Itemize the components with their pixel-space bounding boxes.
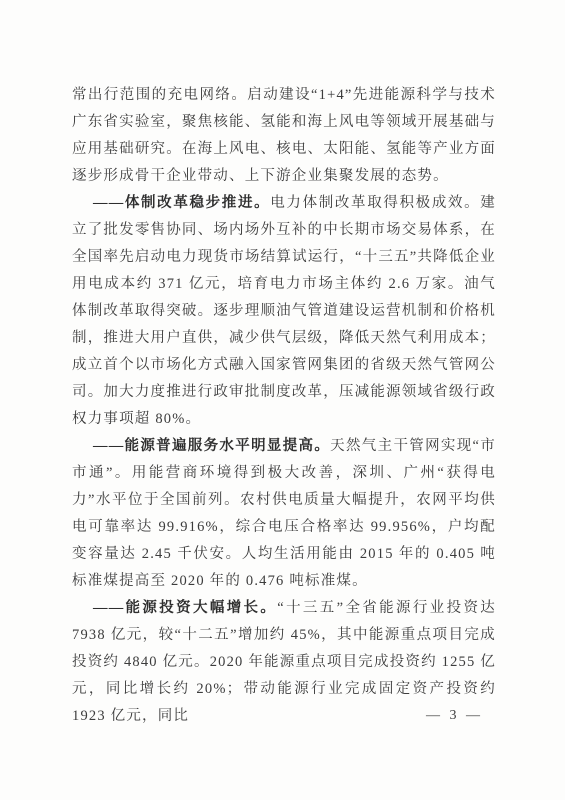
paragraph-text: 常出行范围的充电网络。启动建设“1+4”先进能源科学与技术广东省实验室，聚焦核能… bbox=[72, 87, 496, 184]
paragraph-lead: ——能源投资大幅增长。 bbox=[93, 600, 277, 616]
page-number: — 3 — bbox=[426, 708, 483, 724]
paragraph-text: “十三五”全省能源行业投资达 7938 亿元，较“十二五”增加约 45%，其中能… bbox=[72, 600, 496, 724]
text-block: 常出行范围的充电网络。启动建设“1+4”先进能源科学与技术广东省实验室，聚焦核能… bbox=[72, 82, 496, 730]
paragraph: ——体制改革稳步推进。电力体制改革取得积极成效。建立了批发零售协同、场内场外互补… bbox=[72, 190, 496, 433]
paragraph-lead: ——体制改革稳步推进。 bbox=[93, 195, 270, 211]
paragraph: ——能源普遍服务水平明显提高。天然气主干管网实现“市市通”。用能营商环境得到极大… bbox=[72, 433, 496, 595]
paragraph: 常出行范围的充电网络。启动建设“1+4”先进能源科学与技术广东省实验室，聚焦核能… bbox=[72, 82, 496, 190]
paragraph-text: 电力体制改革取得积极成效。建立了批发零售协同、场内场外互补的中长期市场交易体系，… bbox=[72, 195, 496, 427]
paragraph-lead: ——能源普遍服务水平明显提高。 bbox=[93, 438, 330, 454]
paragraph-text: 天然气主干管网实现“市市通”。用能营商环境得到极大改善，深圳、广州“获得电力”水… bbox=[72, 438, 496, 589]
document-page: 常出行范围的充电网络。启动建设“1+4”先进能源科学与技术广东省实验室，聚焦核能… bbox=[0, 0, 565, 800]
